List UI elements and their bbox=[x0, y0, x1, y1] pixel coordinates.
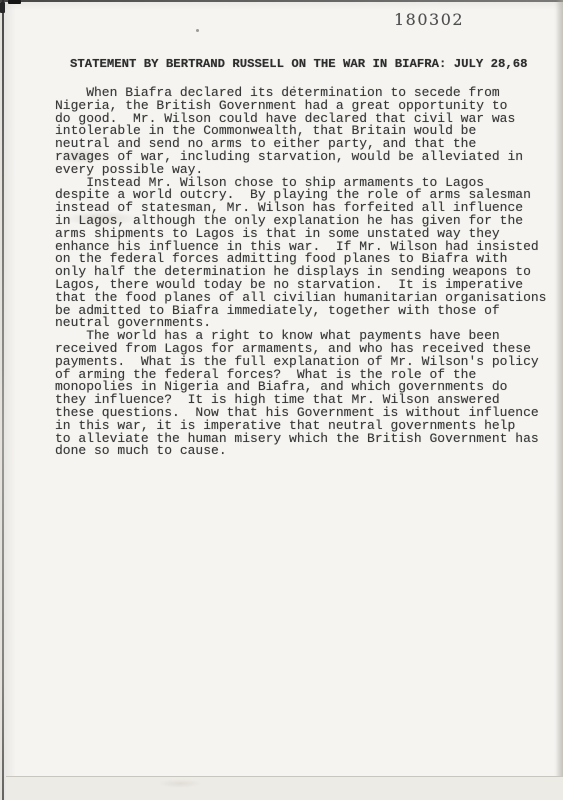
scan-edge-top bbox=[0, 0, 563, 2]
scan-artifact-corner bbox=[8, 0, 21, 4]
scanner-background bbox=[6, 776, 563, 800]
paper-smudge bbox=[158, 779, 202, 788]
document-title: STATEMENT BY BERTRAND RUSSELL ON THE WAR… bbox=[70, 57, 528, 71]
paragraph-3: The world has a right to know what payme… bbox=[55, 330, 557, 458]
scan-artifact-left bbox=[0, 2, 5, 13]
document-body: When Biafra declared its determination t… bbox=[55, 87, 557, 458]
paragraph-2: Instead Mr. Wilson chose to ship armamen… bbox=[55, 177, 557, 331]
scanned-document-page: 180302 STATEMENT BY BERTRAND RUSSELL ON … bbox=[0, 0, 563, 800]
paper-speck bbox=[196, 29, 199, 32]
scan-edge-left bbox=[2, 0, 4, 800]
paragraph-1: When Biafra declared its determination t… bbox=[55, 87, 557, 177]
scan-edge-right bbox=[556, 0, 563, 800]
reference-number-stamp: 180302 bbox=[394, 10, 464, 29]
